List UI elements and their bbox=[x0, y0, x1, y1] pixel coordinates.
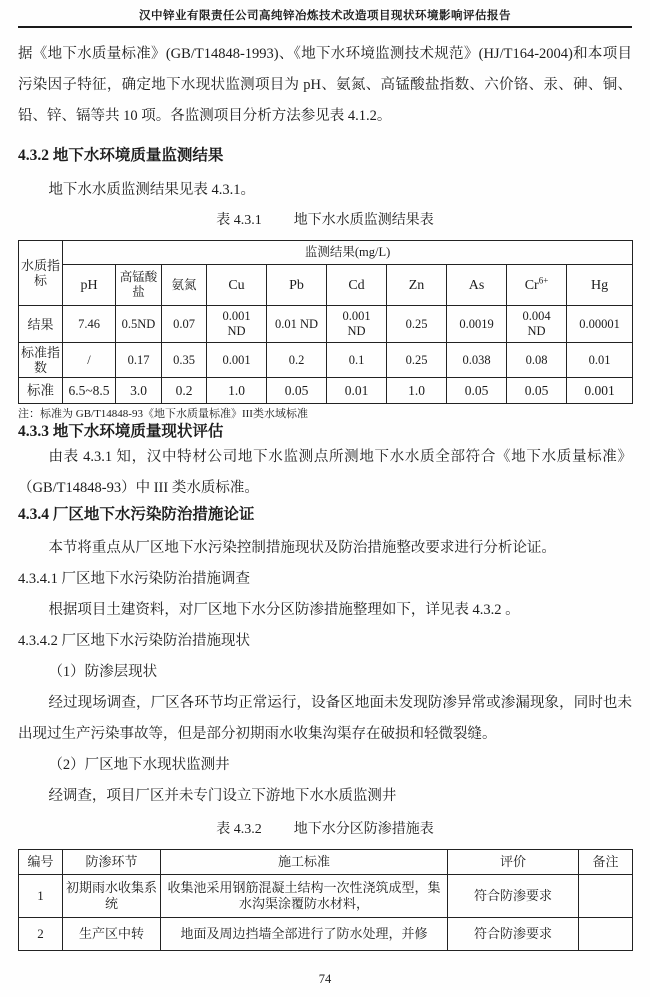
table-row: 1 初期雨水收集系统 收集池采用钢筋混凝土结构一次性浇筑成型，集水沟渠涂覆防水材… bbox=[19, 875, 633, 918]
table-431-groundwater-results: 水质指标 监测结果(mg/L) pH 高锰酸盐 氨氮 Cu Pb Cd Zn A… bbox=[18, 240, 633, 404]
document-page: 汉中锌业有限责任公司高纯锌冶炼技术改造项目现状环境影响评估报告 据《地下水质量标… bbox=[0, 0, 650, 997]
cell: 0.001 bbox=[207, 343, 267, 378]
col-header-evaluation: 评价 bbox=[448, 850, 579, 875]
cell-standard: 收集池采用钢筋混凝土结构一次性浇筑成型，集水沟渠涂覆防水材料， bbox=[161, 875, 448, 918]
table-row-header: 编号 防渗环节 施工标准 评价 备注 bbox=[19, 850, 633, 875]
cell: 1.0 bbox=[387, 378, 447, 404]
cell: 0.07 bbox=[162, 306, 207, 343]
col-header-cr6: Cr6+ bbox=[507, 265, 567, 306]
cell: 3.0 bbox=[116, 378, 162, 404]
cell: 7.46 bbox=[63, 306, 116, 343]
cell-remark bbox=[579, 875, 633, 918]
row-label: 标准 bbox=[19, 378, 63, 404]
row-label: 标准指数 bbox=[19, 343, 63, 378]
report-title: 汉中锌业有限责任公司高纯锌冶炼技术改造项目现状环境影响评估报告 bbox=[139, 10, 511, 22]
cell-evaluation: 符合防渗要求 bbox=[448, 875, 579, 918]
item-1-body: 经过现场调查，厂区各环节均正常运行，设备区地面未发现防渗异常或渗漏现象，同时也未… bbox=[18, 688, 632, 750]
col-header-stage: 防渗环节 bbox=[63, 850, 161, 875]
page-number: 74 bbox=[0, 972, 650, 987]
table-432-caption: 表 4.3.2地下水分区防渗措施表 bbox=[18, 820, 632, 840]
col-header-permanganate: 高锰酸盐 bbox=[116, 265, 162, 306]
paragraph-assessment: 由表 4.3.1 知，汉中特材公司地下水监测点所测地下水水质全部符合《地下水质量… bbox=[18, 442, 632, 504]
table-431-caption-title: 地下水水质监测结果表 bbox=[294, 213, 434, 228]
cell: 0.25 bbox=[387, 343, 447, 378]
cell: 0.05 bbox=[507, 378, 567, 404]
item-1-heading: （1）防渗层现状 bbox=[18, 657, 632, 688]
cell-stage: 初期雨水收集系统 bbox=[63, 875, 161, 918]
page-header: 汉中锌业有限责任公司高纯锌冶炼技术改造项目现状环境影响评估报告 bbox=[18, 0, 632, 28]
col-header-zn: Zn bbox=[387, 265, 447, 306]
section-heading-4-3-2: 4.3.2 地下水环境质量监测结果 bbox=[18, 145, 632, 166]
section-heading-4-3-3: 4.3.3 地下水环境质量现状评估 bbox=[18, 421, 632, 442]
table-row: 2 生产区中转 地面及周边挡墙全部进行了防水处理，并修 符合防渗要求 bbox=[19, 918, 633, 951]
cell: 0.2 bbox=[162, 378, 207, 404]
cell: / bbox=[63, 343, 116, 378]
col-header-cd: Cd bbox=[327, 265, 387, 306]
cell: 0.038 bbox=[447, 343, 507, 378]
cell: 0.001 bbox=[567, 378, 633, 404]
col-header-pb: Pb bbox=[267, 265, 327, 306]
section-heading-4-3-4: 4.3.4 厂区地下水污染防治措施论证 bbox=[18, 504, 632, 525]
table-432-seepage-measures: 编号 防渗环节 施工标准 评价 备注 1 初期雨水收集系统 收集池采用钢筋混凝土… bbox=[18, 849, 633, 951]
cell: 0.05 bbox=[447, 378, 507, 404]
cell: 0.01 bbox=[567, 343, 633, 378]
paragraph-monitoring-items: 据《地下水质量标准》(GB/T14848-1993)、《地下水环境监测技术规范》… bbox=[18, 39, 632, 132]
cell-standard: 地面及周边挡墙全部进行了防水处理，并修 bbox=[161, 918, 448, 951]
col-header-ammonia: 氨氮 bbox=[162, 265, 207, 306]
paragraph-see-table-431: 地下水水质监测结果见表 4.3.1。 bbox=[18, 175, 632, 206]
cell: 0.5ND bbox=[116, 306, 162, 343]
col-header-hg: Hg bbox=[567, 265, 633, 306]
group-header-cell: 监测结果(mg/L) bbox=[63, 241, 633, 265]
col-header-cu: Cu bbox=[207, 265, 267, 306]
cell: 0.17 bbox=[116, 343, 162, 378]
cell-stage: 生产区中转 bbox=[63, 918, 161, 951]
cell-no: 1 bbox=[19, 875, 63, 918]
cell: 0.00001 bbox=[567, 306, 633, 343]
table-431-caption: 表 4.3.1地下水水质监测结果表 bbox=[18, 211, 632, 231]
cell: 0.08 bbox=[507, 343, 567, 378]
cell: 0.004 ND bbox=[507, 306, 567, 343]
col-header-standard: 施工标准 bbox=[161, 850, 448, 875]
table-row: 水质指标 监测结果(mg/L) bbox=[19, 241, 633, 265]
cr-superscript: 6+ bbox=[539, 275, 549, 285]
cell: 0.0019 bbox=[447, 306, 507, 343]
cell-remark bbox=[579, 918, 633, 951]
cell: 0.01 ND bbox=[267, 306, 327, 343]
table-row-standard-index: 标准指数 / 0.17 0.35 0.001 0.2 0.1 0.25 0.03… bbox=[19, 343, 633, 378]
cell: 0.01 bbox=[327, 378, 387, 404]
item-2-body: 经调查，项目厂区并未专门设立下游地下水水质监测井 bbox=[18, 781, 632, 812]
cell: 0.25 bbox=[387, 306, 447, 343]
row-label: 结果 bbox=[19, 306, 63, 343]
cell: 0.35 bbox=[162, 343, 207, 378]
table-row-standard: 标准 6.5~8.5 3.0 0.2 1.0 0.05 0.01 1.0 0.0… bbox=[19, 378, 633, 404]
cell: 0.2 bbox=[267, 343, 327, 378]
table-row: pH 高锰酸盐 氨氮 Cu Pb Cd Zn As Cr6+ Hg bbox=[19, 265, 633, 306]
cell: 6.5~8.5 bbox=[63, 378, 116, 404]
cell: 1.0 bbox=[207, 378, 267, 404]
cell: 0.001 ND bbox=[207, 306, 267, 343]
table-432-caption-title: 地下水分区防渗措施表 bbox=[294, 822, 434, 837]
table-row-result: 结果 7.46 0.5ND 0.07 0.001 ND 0.01 ND 0.00… bbox=[19, 306, 633, 343]
table-432-caption-label: 表 4.3.2 bbox=[216, 822, 262, 837]
cell-evaluation: 符合防渗要求 bbox=[448, 918, 579, 951]
paragraph-survey: 根据项目土建资料，对厂区地下水分区防渗措施整理如下，详见表 4.3.2 。 bbox=[18, 595, 632, 626]
paragraph-section-scope: 本节将重点从厂区地下水污染控制措施现状及防治措施整改要求进行分析论证。 bbox=[18, 533, 632, 564]
cell-no: 2 bbox=[19, 918, 63, 951]
col-header-no: 编号 bbox=[19, 850, 63, 875]
col-header-remark: 备注 bbox=[579, 850, 633, 875]
table-431-caption-label: 表 4.3.1 bbox=[216, 213, 262, 228]
cell: 0.1 bbox=[327, 343, 387, 378]
table-431-note: 注：标准为 GB/T14848-93《地下水质量标准》III类水域标准 bbox=[18, 407, 632, 421]
subsection-heading-4-3-4-2: 4.3.4.2 厂区地下水污染防治措施现状 bbox=[18, 626, 632, 657]
corner-header-cell: 水质指标 bbox=[19, 241, 63, 306]
cell: 0.001 ND bbox=[327, 306, 387, 343]
cell: 0.05 bbox=[267, 378, 327, 404]
col-header-as: As bbox=[447, 265, 507, 306]
col-header-ph: pH bbox=[63, 265, 116, 306]
item-2-heading: （2）厂区地下水现状监测井 bbox=[18, 750, 632, 781]
subsection-heading-4-3-4-1: 4.3.4.1 厂区地下水污染防治措施调查 bbox=[18, 564, 632, 595]
